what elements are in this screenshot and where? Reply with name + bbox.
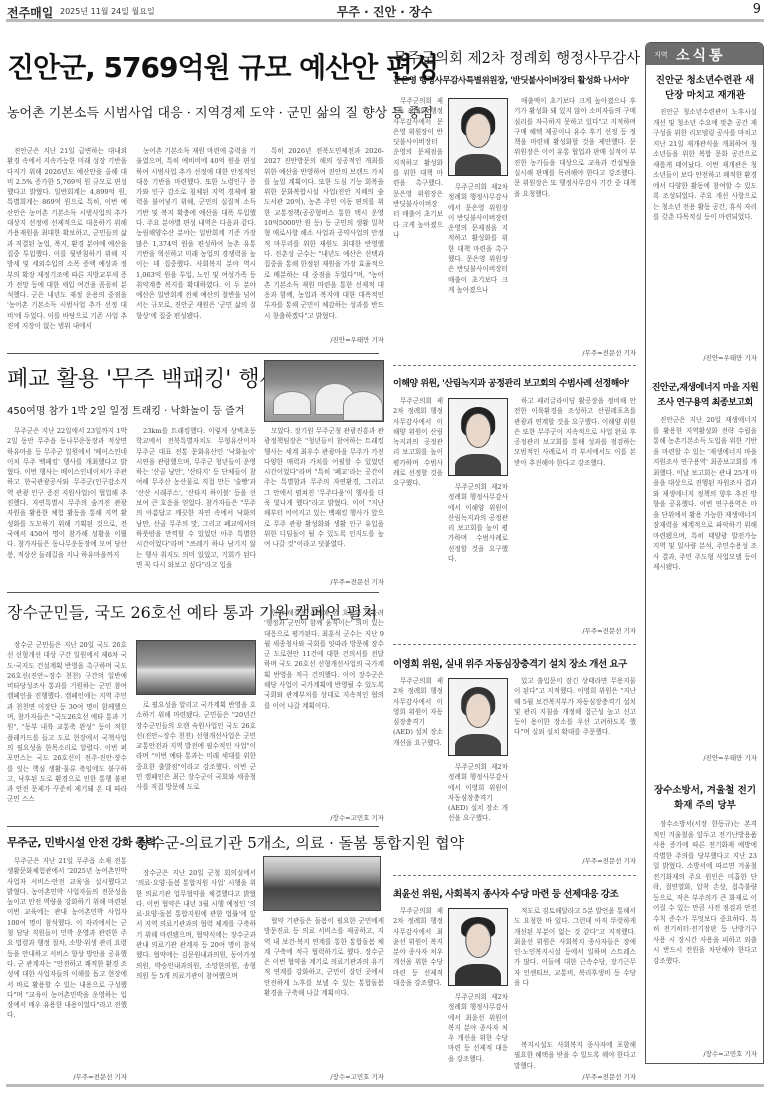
a1-byline: /진안=우태만 기자 [264, 335, 384, 344]
s2-headline: 진안군,재생에너지 마을 지원 조사 연구용역 최종보고회 [650, 381, 760, 411]
a1-headline: 진안군, 5769억원 규모 예산안 편성 [7, 46, 438, 86]
a8-byline: /무주=전문선 기자 [514, 856, 636, 865]
header-rule [6, 19, 764, 22]
a6-byline: /무주=전문선 기자 [514, 348, 636, 357]
divider [393, 644, 636, 645]
divider [7, 592, 379, 593]
s2-body: 진안군은 지난 20일 재생에너지를 활용한 지역활성화 전략 수립을 통해 농… [653, 415, 757, 745]
campaign-photo [136, 640, 256, 695]
s1-byline: /진안=우태만 기자 [653, 353, 757, 362]
local-news-sidebar: 지역 소식통 진안군 청소년수련관 새 단장 마치고 재개관 진안군 청소년수련… [645, 42, 764, 1064]
a9-col1b: 무주군의회 제2차 정례회 행정사무감사에서 최윤선 위원이 복지 분야 종사자… [448, 992, 508, 1072]
sidebar-header: 지역 소식통 [646, 43, 763, 65]
a1-col2: 농어촌 기본소득 재원 마련에 총력을 기울였으며, 특히 예비비에 40억 원… [136, 146, 256, 346]
s2-byline: /진안=우태만 기자 [653, 753, 757, 762]
sidebar-label-small: 지역 [654, 50, 668, 60]
a6-lead: 무주군의회 제2차 정례회 행정사무감사에서 문은영 위원장이 반딧불사이버장터… [393, 96, 443, 346]
a6-col1b: 무주군의회 제2차 정례회 행정사무감사에서 문은영 위원장이 반딧불사이버장터… [448, 182, 508, 347]
portrait-lee-haeyang [448, 398, 508, 476]
a7-col2: 하고 패러글라이딩 활공장을 정비해 안전한 이륙환경을 조성하고 산림레포츠를… [514, 396, 636, 624]
divider [393, 365, 636, 366]
portrait-choi-yoonsun [448, 908, 508, 986]
a8-col2: 있고 출입문이 잠긴 상태라면 무용지물이 된다"고 지적했다. 이영희 위원은… [514, 676, 636, 856]
a8-col1b: 무주군의회 제2차 정례회 행정사무감사에서 이영희 위원이 자동심장충격기(A… [448, 762, 508, 862]
a9-headline: 최윤선 위원, 사회복지 종사자 수당 마련 등 선제대응 강조 [393, 886, 618, 900]
a2-col3: 모았다. 장기원 무주군청 관광진흥과 관광정책팀장은 "청년들이 참여하는 트… [264, 426, 384, 571]
a9-lead: 무주군의회 제2차 정례회 행정사무감사에서 최윤선 위원이 복지 분야 종사자… [393, 906, 443, 1071]
a2-col1: 무주군은 지난 22일에서 23일까지 1박 2일 동안 무주읍 동나무운동장과… [7, 426, 127, 576]
divider [7, 826, 379, 827]
sidebar-label-big: 소식통 [676, 45, 726, 65]
tent-shape [343, 391, 383, 421]
a9-byline: /무주=전문선 기자 [514, 1072, 636, 1081]
backpacking-photo [264, 360, 384, 422]
a1-subtitle: 농어촌 기본소득 시범사업 대응 · 지역경제 도약 · 군민 삶의 질 향상 … [7, 102, 433, 121]
a6-headline: 무주군의회 제2차 정례회 행정사무감사 [393, 47, 640, 68]
a7-col1b: 무주군의회 제2차 정례회 행정사무감사에서 이해양 위원이 산림녹지과의 공정… [448, 482, 508, 632]
a6-col2: 매출액이 초기보다 크게 높아졌으나 후기가 활성화 돼 있지 않아 소비자들의… [514, 96, 636, 336]
a2-byline: /무주=전문선 기자 [264, 577, 384, 586]
a7-headline: 이해양 위원, '산림녹지과 공정관리 보고회의 수범사례 선정해야' [393, 376, 629, 389]
a2-col2: 23km를 트래킹했다. 이렇게 상벽초등학교에서 전북특별자치도 무형유산이자… [136, 426, 256, 576]
a6-subtitle: 문은영 행정사무감사특별위원장, '반딧불사이버장터 활성화 나서야' [393, 74, 629, 86]
a4-headline: 무주군, 민박시설 안전 강화 총력 [7, 834, 156, 850]
s1-headline: 진안군 청소년수련관 새 단장 마치고 재개관 [650, 73, 760, 103]
a5-col1: 장수군은 지난 20일 군청 회의실에서 '의료·요양·돌봄 통합지원 사업' … [136, 868, 256, 1073]
s3-headline: 장수소방서, 겨울철 전기화재 주의 당부 [650, 783, 760, 813]
a1-col1: 진안군은 지난 21일 급변하는 대내외 환경 속에서 지속가능한 미래 성장 … [7, 146, 127, 346]
s3-byline: /장수=고민호 기자 [653, 1049, 757, 1058]
agreement-photo [263, 856, 381, 911]
a3-byline: /장수=고민호 기자 [264, 813, 384, 822]
section-title: 무주 · 진안 · 장수 [0, 3, 769, 20]
tent-shape [273, 391, 311, 415]
s3-body: 장수소방서(서장 한동규)는 본격적인 겨울철을 앞두고 전기난방용품 사용 증… [653, 819, 757, 1047]
portrait-moon [448, 98, 508, 176]
divider [7, 353, 379, 354]
a5-byline: /장수=고민호 기자 [264, 1072, 384, 1081]
a3-col3: 현안 해결을 건의해 온 흐름과 맞물려 '행정과 군민이 함께 움직이는' 의… [264, 608, 384, 808]
portrait-lee-younghee [448, 678, 508, 756]
s1-body: 진안군 청소년수련관이 노후시설 개선 및 청소년 수요에 맞춘 공간 재구성을… [653, 107, 757, 347]
a3-col1: 장수군 군민들은 지난 20일 국도 26호선 선형개선 대상 구간 일원에서 … [7, 640, 127, 815]
a7-byline: /무주=전문선 기자 [514, 626, 636, 635]
a7-lead: 무주군의회 제2차 정례회 행정사무감사에서 이해양 위원이 산림녹지과의 공정… [393, 396, 443, 636]
divider [393, 875, 636, 876]
a3-col2: 로 필요성을 알리고 국가계획 반영을 호소하기 위해 마련됐다. 군민들은 "… [136, 700, 256, 815]
a5-col2: 협약 기관들은 돌봄이 필요한 군민에게 방문진료 등 의료 서비스를 제공하고… [264, 916, 384, 1071]
footer-rule [6, 1084, 764, 1087]
page-number: 9 [753, 2, 761, 17]
a8-headline: 이영희 위원, 실내 위주 자동심장충격기 설치 장소 개선 요구 [393, 656, 627, 670]
a1-col3: 특히 2026년 전북도민체전과 2026-2027 진안방문의 해의 성공적인… [264, 146, 384, 336]
a4-col1: 무주군은 지난 21일 무주읍 소재 전통생활문화체험관에서 '2025년 농어… [7, 856, 127, 1071]
a2-subtitle: 450여명 참가 1박 2일 일정 트래킹 · 낙화놀이 등 즐겨 [7, 402, 244, 417]
a8-lead: 무주군의회 제2차 정례회 행정사무감사에서 이영희 위원이 자동심장충격기(A… [393, 676, 443, 866]
a4-byline: /무주=전문선 기자 [7, 1072, 127, 1081]
a9-col3: 복지시설도 사회복지 종사자에 포함해 필요한 혜택을 받을 수 있도록 해야 … [514, 1040, 636, 1070]
